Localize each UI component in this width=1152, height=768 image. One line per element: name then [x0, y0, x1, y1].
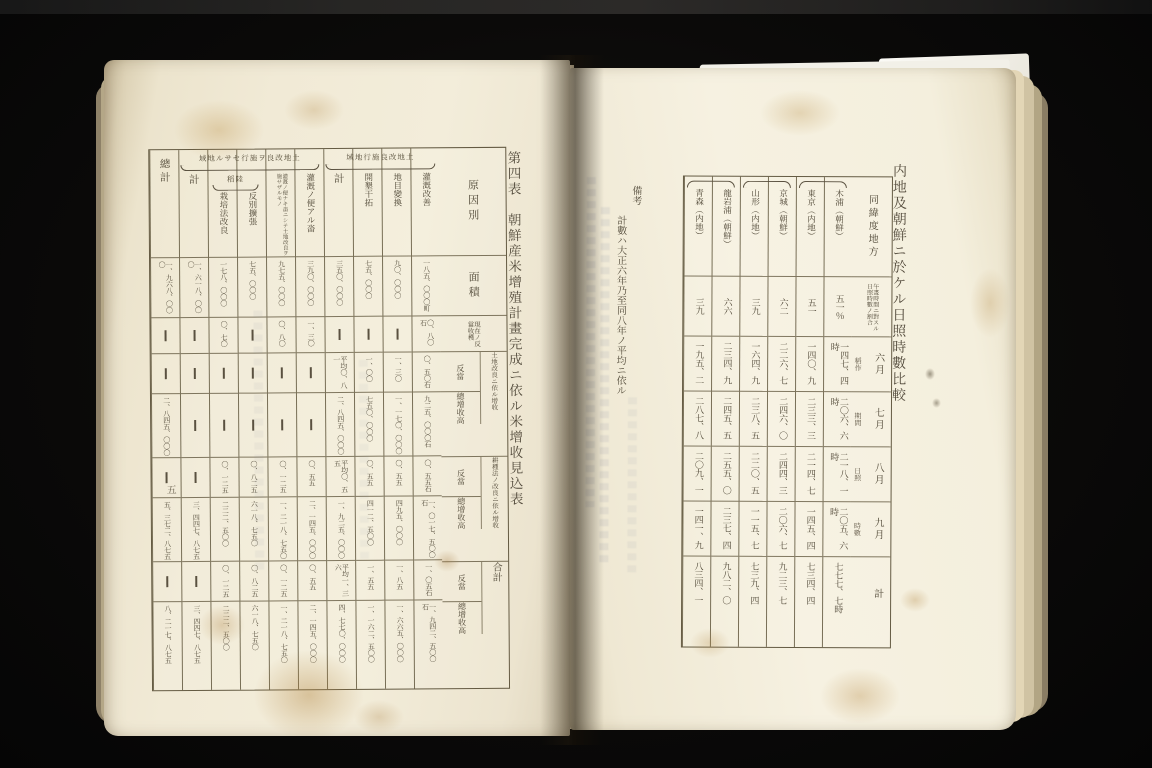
header-area: 面積 — [440, 256, 506, 316]
data-cell: 六一八、七五〇 — [240, 601, 268, 665]
page-number: 五 — [167, 481, 177, 496]
table-row: 青森（内地）三九一九五、二二八七、八二〇九、一一四一、九八三四、一 — [682, 177, 712, 647]
dash-mark — [368, 329, 369, 340]
table-row: 總計一、九六八、〇〇〇二、八四五、〇〇〇五、三七二、八七五八、二一七、八七五 — [149, 150, 182, 690]
header-month: 時數九月 — [850, 502, 890, 557]
cell-value: 平均〇、八一 — [333, 356, 348, 392]
row-group-label: 域地行施良改地土 — [322, 151, 438, 170]
cell-value: 九二五、〇〇〇石 — [423, 395, 430, 447]
cell-value: 二、一四五、〇〇〇 — [309, 604, 317, 663]
cell-value: 一、二一八、七五〇 — [279, 500, 287, 559]
data-cell — [181, 458, 209, 498]
cell-value: 一、〇五石 — [425, 563, 432, 596]
row-label: 計 — [333, 173, 344, 187]
data-cell: 二〇九、一 — [684, 447, 711, 502]
data-cell: 一四五、四 — [795, 502, 822, 557]
cell-value: 平均一、三六 — [334, 564, 349, 600]
data-cell: 二八七、八 — [684, 392, 711, 447]
percentage-cell: 六六 — [712, 277, 739, 337]
subgroup-label-text: 稻陸 — [206, 174, 264, 185]
data-cell: 四九五、〇〇〇 — [385, 496, 413, 560]
cell-value: 四九五、〇〇〇 — [395, 500, 402, 546]
table-row: 京城（朝鮮）六二二二六、七二四六、〇二四四、三二〇六、七九二三、七 — [766, 177, 796, 647]
data-cell: 一、二一八、七五〇 — [269, 601, 297, 665]
cell-value: 二〇六、六時 — [828, 397, 847, 446]
data-cell: 七七七、七時 — [823, 557, 850, 631]
month-header-wrap: 計 — [850, 557, 890, 631]
data-cell: 平均〇、五五 — [326, 457, 354, 497]
dash-mark — [165, 368, 166, 379]
group-brace — [180, 164, 319, 171]
data-cell: 五、三七二、八七五 — [153, 498, 181, 562]
month-header-wrap: 稻作六月 — [851, 337, 891, 391]
header-cause: 原因別 — [439, 148, 506, 256]
cell-value: 二一八、一時 — [828, 452, 847, 501]
data-cell: 九八二、〇 — [711, 557, 738, 631]
dash-mark — [223, 368, 224, 379]
location-name: 木浦（朝鮮） — [834, 189, 843, 240]
data-cell: 平均〇、八一 — [326, 353, 354, 393]
percentage-cell: 三九 — [684, 277, 711, 337]
data-cell: 一九五、二 — [684, 337, 711, 392]
row-label: 灌漑ノ便ナキ畓ニシテ土地改良ヲ施サザルモノ — [275, 173, 287, 256]
header-month: 稻作六月 — [851, 337, 891, 392]
table-row: 灌漑改善一八五、〇〇〇町〇、八〇石〇、五〇石九二五、〇〇〇石〇、五五石一、〇一七… — [410, 148, 443, 688]
cell-value: 七三九、四 — [748, 562, 758, 605]
data-cell — [181, 394, 209, 458]
row-label: 計 — [188, 174, 199, 188]
cell-value: 一、二一八、七五〇 — [280, 604, 288, 663]
cell-value: 一九五、二 — [693, 342, 703, 385]
cell-value: 二二二、五〇〇 — [222, 605, 229, 651]
cell-value: 二二六、七 — [777, 342, 787, 385]
pair-brace — [743, 181, 791, 188]
header-percentage: 午晝時間ニ對スル 日照時數ノ割合 — [851, 277, 891, 337]
data-cell — [297, 353, 325, 393]
group-label-text: 域地行施良改地土 — [322, 151, 438, 163]
header-total-increase: 總增收高 — [442, 602, 481, 634]
table-row: 山形（内地）三九一六四、九二三八、五二二〇、五一一五、七七三九、四 — [738, 177, 768, 647]
cell-value: 〇、八〇石 — [419, 319, 433, 351]
cell-value: 一、六六五、〇〇〇 — [396, 604, 404, 663]
cell-value: 一、五五 — [367, 564, 374, 590]
cell-value: 二三八、五 — [749, 397, 759, 440]
cell-value: 二、一四五、〇〇〇 — [308, 500, 316, 559]
table-row: 栽培法改良一七八、〇〇〇〇、七〇〇、一二五二二二、五〇〇〇、一二五二二二、五〇〇 — [207, 150, 240, 690]
month-name: 七月 — [865, 392, 891, 446]
data-cell: 一六四、九 — [740, 337, 767, 392]
data-cell: 二三三、三 — [796, 392, 823, 447]
cell-value: 五一％ — [833, 294, 843, 320]
data-cell — [268, 393, 296, 457]
data-cell: 一、五五 — [356, 561, 384, 601]
data-cell: 一、九四二、五〇〇石 — [414, 600, 442, 664]
cell-value: 〇、五五石 — [424, 459, 431, 492]
percentage-cell: 五一 — [796, 277, 823, 337]
cell-value: 八、二一七、八七五 — [164, 605, 172, 664]
dash-mark — [194, 368, 195, 379]
data-cell: 一、六六五、〇〇〇 — [385, 600, 413, 664]
note-label: 備考 — [630, 185, 641, 205]
pair-brace — [687, 181, 735, 188]
data-cell — [181, 354, 209, 394]
dash-mark — [195, 420, 196, 431]
data-cell: 一八五、〇〇〇町 — [412, 256, 440, 316]
cell-value: 三五〇、〇〇〇 — [335, 260, 342, 306]
data-cell: 二三四、九 — [712, 337, 739, 392]
cell-value: 〇、一二五 — [279, 460, 286, 493]
note: 備考 計數ハ大正六年乃至同八年ノ平均ニ依ル — [611, 185, 643, 685]
right-table-header-strip: 同緯度地方午晝時間ニ對スル 日照時數ノ割合稻作六月期間七月日照八月時數九月計 — [850, 177, 892, 647]
season-span-chars: 稻作 — [851, 337, 865, 391]
cell-value: 〇、一二五 — [222, 565, 229, 598]
header-subcolumns: 反當總增收高 — [442, 562, 483, 634]
location-label-cell: 青森（内地） — [685, 177, 712, 277]
header-month: 日照八月 — [851, 447, 891, 502]
data-cell: 二一四、七 — [796, 447, 823, 502]
month-header-wrap: 期間七月 — [851, 392, 891, 446]
cell-value: 七五、〇〇〇 — [364, 260, 371, 299]
header-month: 計 — [850, 557, 890, 631]
data-cell: 一、九二五、〇〇〇 — [327, 497, 355, 561]
cell-value: 二五五、〇 — [720, 452, 730, 495]
location-label-cell: 山形（内地） — [741, 177, 768, 277]
cell-value: 一、一六二、五〇〇 — [367, 604, 375, 663]
data-cell: 二、一四五、〇〇〇 — [298, 497, 326, 561]
table-row: 東京（内地）五一一四〇、九二三三、三二一四、七一四五、四七三四、四 — [794, 177, 824, 647]
group-brace — [325, 163, 435, 170]
dash-mark — [196, 576, 197, 587]
data-cell — [180, 318, 208, 354]
season-span-chars: 日照 — [851, 447, 865, 501]
data-cell: 二〇六、七 — [767, 502, 794, 557]
month-name: 九月 — [864, 502, 890, 556]
cell-value: 一四七、四時 — [828, 342, 847, 391]
data-cell: 〇、五五石 — [413, 456, 441, 496]
data-cell: 一、六一八、〇〇〇 — [180, 258, 208, 318]
data-cell: 三五〇、〇〇〇 — [325, 257, 353, 317]
cell-value: 〇、五五 — [308, 460, 315, 486]
dash-mark — [195, 472, 196, 483]
data-cell: 〇、一二五 — [269, 561, 297, 601]
month-name: 八月 — [865, 447, 891, 501]
data-cell: 一、一六二、五〇〇 — [356, 601, 384, 665]
season-span-chars: 時數 — [850, 502, 864, 556]
dash-mark — [194, 330, 195, 341]
data-cell — [151, 318, 179, 354]
cell-value: 一四〇、九 — [805, 342, 815, 385]
cell-value: 二二二、五〇〇 — [221, 501, 228, 547]
data-cell: 一四〇、九 — [796, 337, 823, 392]
data-cell: 〇、一二五 — [210, 458, 238, 498]
cell-value: 〇、五五 — [309, 564, 316, 590]
data-cell — [152, 354, 180, 394]
header-per-tan: 反當 — [441, 457, 480, 497]
data-cell: 平均一、三六 — [327, 561, 355, 601]
data-cell: 七五、〇〇〇 — [238, 257, 266, 317]
data-cell: 八、二一七、八七五 — [153, 602, 181, 666]
dash-mark — [311, 419, 312, 430]
header-subcolumns: 反當總增收高 — [441, 457, 482, 529]
left-page: 第四表 朝鮮産米增殖計畫完成ニ依ル米增收見込表 原因別面積現在ノ反 當收穫反當總… — [104, 60, 570, 736]
location-name: 山形（内地） — [750, 189, 759, 240]
data-cell — [210, 394, 238, 458]
cell-value: 六六 — [721, 298, 731, 315]
data-cell: 一、一七〇、〇〇〇 — [384, 392, 412, 456]
data-cell — [325, 317, 353, 353]
cell-value: 八三四、一 — [692, 562, 702, 605]
data-cell: 九〇、〇〇〇 — [383, 256, 411, 316]
data-cell: 二三七、四 — [711, 502, 738, 557]
table-row: 龍岩浦（朝鮮）六六二三四、九二四五、五二五五、〇二三七、四九八二、〇 — [710, 177, 740, 647]
cell-value: 〇、一二五 — [280, 564, 287, 597]
data-cell: 二二六、七 — [768, 337, 795, 392]
cell-value: 一六四、九 — [749, 342, 759, 385]
cell-value: 三九 — [749, 298, 759, 315]
data-cell: 一、三〇 — [296, 317, 324, 353]
data-cell: 一四七、四時 — [824, 337, 851, 392]
cell-value: 二、八四五、〇〇〇 — [162, 397, 170, 456]
data-cell — [153, 562, 181, 602]
cell-value: 二八七、八 — [693, 397, 703, 440]
cell-value: 七三四、四 — [804, 562, 814, 605]
cell-value: 二三三、三 — [805, 397, 815, 440]
header-total-increase: 總增收高 — [441, 392, 480, 424]
location-label-cell: 東京（内地） — [797, 177, 824, 277]
dash-mark — [397, 329, 398, 340]
data-cell: 一、〇五石 — [414, 560, 442, 600]
data-cell: 一、八五 — [385, 560, 413, 600]
data-cell: 二〇五、六時 — [823, 502, 850, 557]
month-name: 六月 — [865, 337, 891, 391]
cell-value: 一、一七〇、〇〇〇 — [394, 396, 402, 455]
dash-mark — [281, 367, 282, 378]
cell-value: 一四五、四 — [804, 507, 814, 550]
cell-value: 二四六、〇 — [777, 397, 787, 440]
percentage-cell: 六二 — [768, 277, 795, 337]
cell-value: 二三七、四 — [720, 507, 730, 550]
data-cell: 二、八四五、〇〇〇 — [152, 394, 180, 458]
data-cell: 八三四、一 — [683, 557, 710, 631]
row-label: 開墾干拓 — [363, 173, 372, 207]
header-month: 期間七月 — [851, 392, 891, 447]
data-cell: 〇、五五 — [297, 457, 325, 497]
cell-value: 〇、五〇石 — [423, 355, 430, 388]
location-label-cell: 木浦（朝鮮） — [825, 177, 852, 277]
dash-mark — [282, 419, 283, 430]
cell-value: 一、〇一七、五〇〇石 — [421, 499, 436, 559]
table-row: 地目變換九〇、〇〇〇一、三〇一、一七〇、〇〇〇〇、五五四九五、〇〇〇一、八五一、… — [381, 148, 414, 688]
table-row: 灌漑ノ便ナキ畓ニシテ土地改良ヲ施サザルモノ九七五、〇〇〇〇、八〇〇、一二五一、二… — [265, 149, 298, 689]
data-cell: 九二三、七 — [767, 557, 794, 631]
cell-value: 一、六一八、〇〇〇 — [187, 261, 202, 317]
data-cell: 二四四、三 — [768, 447, 795, 502]
data-cell: 四、七七〇、〇〇〇 — [327, 601, 355, 665]
cell-value: 三九 — [693, 298, 703, 315]
data-cell: 三、四四七、八七五 — [182, 498, 210, 562]
header-group-land-improvement: 反當總增收高土地改良ニ依ル增收 — [441, 352, 508, 457]
table-row: 木浦（朝鮮）五一％一四七、四時二〇六、六時二一八、一時二〇五、六時七七七、七時 — [822, 177, 852, 647]
photo-background: 第四表 朝鮮産米增殖計畫完成ニ依ル米增收見込表 原因別面積現在ノ反 當收穫反當總… — [0, 0, 1152, 768]
data-cell: 一、〇一七、五〇〇石 — [414, 496, 442, 560]
data-cell: 九二五、〇〇〇石 — [413, 392, 441, 456]
data-cell: 二二二、五〇〇 — [211, 498, 239, 562]
row-label: 灌漑ノ便アル畓 — [305, 173, 314, 233]
data-cell: 〇、五〇石 — [413, 352, 441, 392]
cell-value: 九〇、〇〇〇 — [393, 260, 400, 299]
cell-value: 一一五、七 — [748, 507, 758, 550]
data-cell: 二四五、五 — [712, 392, 739, 447]
location-name: 京城（朝鮮） — [778, 189, 787, 240]
note-text: 計數ハ大正六年乃至同八年ノ平均ニ依ル — [611, 185, 628, 685]
cell-value: 二一四、七 — [804, 452, 814, 495]
data-cell: 二五五、〇 — [712, 447, 739, 502]
cell-value: 平均〇、五五 — [333, 460, 348, 496]
data-cell: 三九〇、〇〇〇 — [296, 257, 324, 317]
gutter-shadow — [540, 55, 604, 745]
subgroup-brace — [213, 185, 259, 191]
location-label-cell: 龍岩浦（朝鮮） — [713, 177, 740, 277]
data-cell: 〇、八〇 — [267, 317, 295, 353]
data-cell — [268, 353, 296, 393]
cell-value: 一四一、九 — [692, 507, 702, 550]
data-cell: 三、四四七、八七五 — [182, 602, 210, 666]
data-cell: 一、二一八、七五〇 — [269, 497, 297, 561]
header-current-yield: 現在ノ反 當收穫 — [440, 316, 506, 352]
cell-value: 二〇六、七 — [776, 507, 786, 550]
data-cell: 一、九六八、〇〇〇 — [151, 258, 179, 318]
data-cell: 〇、五五 — [298, 561, 326, 601]
dash-mark — [224, 420, 225, 431]
season-span-chars — [850, 557, 864, 631]
data-cell: 〇、一二五 — [211, 562, 239, 602]
location-name: 東京（内地） — [806, 189, 815, 240]
header-region: 同緯度地方 — [852, 177, 892, 277]
data-cell: 二〇六、六時 — [824, 392, 851, 447]
row-label: 總計 — [159, 158, 170, 185]
sunshine-comparison-table: 同緯度地方午晝時間ニ對スル 日照時數ノ割合稻作六月期間七月日照八月時數九月計木浦… — [681, 176, 893, 649]
data-cell: 七三四、四 — [795, 557, 822, 631]
location-name: 青森（内地） — [694, 189, 703, 240]
row-label: 灌漑改善 — [421, 172, 430, 206]
table-row: 計一、六一八、〇〇〇三、四四七、八七五三、四四七、八七五 — [178, 150, 211, 690]
data-cell: 〇、一二五 — [268, 457, 296, 497]
data-cell: 二一八、一時 — [824, 447, 851, 502]
dash-mark — [167, 576, 168, 587]
table-row: 反別擴張七五、〇〇〇〇、八二五六一八、七五〇〇、八二五六一八、七五〇 — [236, 149, 269, 689]
cell-value: 一、九二五、〇〇〇 — [337, 500, 345, 559]
group-label-text: 域地ルサセ行施ヲ良改地土 — [177, 152, 322, 164]
data-cell: 一七八、〇〇〇 — [209, 258, 237, 318]
header-subcolumns: 反當總增收高 — [441, 352, 482, 424]
cell-value: 七七七、七時 — [832, 562, 842, 613]
month-header-wrap: 日照八月 — [851, 447, 891, 501]
header-total-increase: 總增收高 — [442, 497, 481, 529]
cell-value: 一七八、〇〇〇 — [219, 261, 226, 307]
pair-brace — [799, 181, 847, 188]
cell-value: 〇、八〇 — [278, 320, 285, 346]
season-span-chars: 期間 — [851, 392, 865, 446]
row-group-label: 域地ルサセ行施ヲ良改地土 — [177, 152, 322, 171]
cell-value: 九七五、〇〇〇 — [277, 260, 284, 306]
cell-value: 三九〇、〇〇〇 — [306, 260, 313, 306]
right-page: 内地及朝鮮ニ於ケル日照時數比較 同緯度地方午晝時間ニ對スル 日照時數ノ割合稻作六… — [570, 68, 1016, 730]
row-label: 地目變換 — [392, 173, 401, 207]
row-label-cell: 總計 — [150, 150, 179, 258]
header-group-name: 合計 — [482, 562, 508, 582]
cell-value: 五一 — [805, 298, 815, 315]
header-per-tan: 反當 — [441, 352, 480, 392]
header-group-cultivation: 反當總增收高耕種法ノ改良ニ依ル增收 — [441, 457, 508, 562]
cell-value: 一、九六八、〇〇〇 — [158, 261, 173, 317]
location-label-cell: 京城（朝鮮） — [769, 177, 796, 277]
cell-value: 三、四四七、八七五 — [192, 501, 200, 560]
cell-value: 〇、七〇 — [220, 321, 227, 347]
data-cell: 二三八、五 — [740, 392, 767, 447]
data-cell: 〇、七〇 — [209, 318, 237, 354]
rice-increase-table: 原因別面積現在ノ反 當收穫反當總增收高土地改良ニ依ル增收反當總增收高耕種法ノ改良… — [148, 147, 510, 691]
cell-value: 六二 — [777, 298, 787, 315]
percentage-cell: 三九 — [740, 277, 767, 337]
cell-value: 一、八五 — [396, 564, 403, 590]
data-cell — [354, 317, 382, 353]
data-cell: 二四六、〇 — [768, 392, 795, 447]
cell-value: 二〇五、六時 — [827, 507, 846, 556]
data-cell: 一、三〇 — [384, 352, 412, 392]
cell-value: 二四五、五 — [721, 397, 731, 440]
table-row: 灌漑ノ便アル畓三九〇、〇〇〇一、三〇〇、五五二、一四五、〇〇〇〇、五五二、一四五… — [294, 149, 327, 689]
cell-value: 九八二、〇 — [720, 562, 730, 605]
data-cell — [210, 354, 238, 394]
month-name: 計 — [864, 557, 890, 631]
cell-value: 二二〇、五 — [748, 452, 758, 495]
data-cell: 〇、八〇石 — [412, 316, 440, 352]
dash-mark — [310, 367, 311, 378]
header-group-name: 土地改良ニ依ル增收 — [481, 352, 507, 411]
cell-value: 一、九四二、五〇〇石 — [421, 603, 436, 664]
cell-value: 〇、五五 — [395, 460, 402, 486]
cell-value: 九二三、七 — [776, 562, 786, 605]
cell-value: 〇、一二五 — [221, 461, 228, 494]
data-cell: 一四一、九 — [683, 502, 710, 557]
table-row: 計三五〇、〇〇〇平均〇、八一二、八四五、〇〇〇平均〇、五五一、九二五、〇〇〇平均… — [323, 149, 356, 689]
cell-value: 二、八四五、〇〇〇 — [336, 396, 344, 455]
cell-value: 五、三七二、八七五 — [163, 501, 171, 560]
cell-value: 三、四四七、八七五 — [193, 605, 201, 664]
cell-value: 一、三〇 — [394, 356, 401, 382]
data-cell: 一一五、七 — [739, 502, 766, 557]
header-group-total: 反當總增收高合計 — [442, 562, 509, 667]
cell-value: 四、七七〇、〇〇〇 — [338, 604, 346, 663]
cell-value: 六一八、七五〇 — [251, 605, 258, 651]
data-cell: 二二〇、五 — [740, 447, 767, 502]
row-label: 反別擴張 — [247, 192, 256, 226]
data-cell: 二、一四五、〇〇〇 — [298, 601, 326, 665]
data-cell — [297, 393, 325, 457]
data-cell — [383, 316, 411, 352]
cell-value: 二四四、三 — [776, 452, 786, 495]
cell-value: 二〇九、一 — [692, 452, 702, 495]
row-label: 栽培法改良 — [218, 192, 227, 235]
location-name: 龍岩浦（朝鮮） — [722, 189, 731, 249]
month-header-wrap: 時數九月 — [850, 502, 890, 556]
left-table-header-strip: 原因別面積現在ノ反 當收穫反當總增收高土地改良ニ依ル增收反當總增收高耕種法ノ改良… — [439, 148, 509, 688]
dash-mark — [339, 329, 340, 340]
header-group-name: 耕種法ノ改良ニ依ル增收 — [481, 457, 507, 529]
header-per-tan: 反當 — [442, 562, 481, 602]
percentage-cell: 五一％ — [824, 277, 851, 337]
data-cell: 七五、〇〇〇 — [354, 257, 382, 317]
